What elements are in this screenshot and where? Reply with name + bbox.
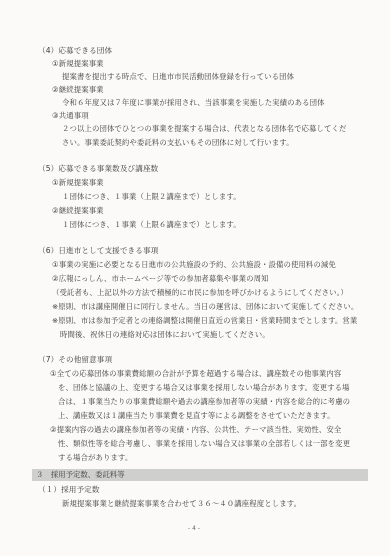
section-6-line-6: 時間後、祝休日の連絡対応は団体において実施してください。	[60, 330, 270, 340]
section-3-title-bar: ３ 採用予定数、委託料等	[32, 469, 368, 481]
section-5-item-1-text: １団体につき、１事業（上限２講座まで）とします。	[62, 192, 241, 202]
section-7-line-1: ①全ての応募団体の事業費総額の合計が予算を超過する場合は、講座数その他事業内容	[50, 369, 341, 379]
section-4-item-2-text: 令和６年度又は７年度に事業が採用され、当該事業を実施した実績のある団体	[62, 98, 325, 108]
section-4-item-3-text: ２つ以上の団体でひとつの事業を提案する場合は、代表となる団体名で応募してくだ	[62, 124, 347, 134]
document-page: （4）応募できる団体 ①新規提案事業 提案書を提出する時点で、日進市市民活動団体…	[0, 0, 390, 556]
section-3-sub-1-heading: （１）採用予定数	[38, 485, 100, 495]
section-7-line-4: 上、講座数又は１講座当たり事業費を見直す等による調整をさせていただきます。	[58, 411, 335, 421]
section-3-title: ３ 採用予定数、委託料等	[36, 470, 125, 480]
section-7-line-2: を、団体と協議の上、変更する場合又は事業を採用しない場合があります。変更する場	[58, 383, 350, 393]
section-5-item-1-label: ①新規提案事業	[52, 178, 104, 188]
section-4-heading: （4）応募できる団体	[38, 46, 112, 56]
section-6-line-5: ※原則、市は参加予定者との連絡調整は開催日直近の営業日・営業時間までとします。営…	[52, 316, 357, 326]
section-7-heading: （7）その他留意事項	[38, 355, 112, 365]
section-6-line-2: ②広報にっしん、市ホームページ等での参加者募集や事業の周知	[52, 274, 269, 284]
section-6-line-3: （受託者も、上記以外の方法で積極的に市民に参加を呼びかけるようにしてください。）	[52, 288, 348, 298]
section-4-item-1-label: ①新規提案事業	[52, 59, 104, 69]
section-5-item-2-text: １団体につき、１事業（上限６講座まで）とします。	[62, 220, 241, 230]
section-5-item-2-label: ②継続提案事業	[52, 206, 104, 216]
section-4-item-1-text: 提案書を提出する時点で、日進市市民活動団体登録を行っている団体	[62, 72, 294, 82]
section-7-line-6: 性、類似性等を総合考慮し、事業を採用しない場合又は事業の全部若しくは一部を変更	[58, 439, 350, 449]
section-5-heading: （5）応募できる事業数及び講座数	[38, 164, 158, 174]
page-number: - 4 -	[188, 525, 200, 532]
section-4-item-2-label: ②継続提案事業	[52, 85, 104, 95]
section-4-item-3-label: ③共通事項	[52, 111, 89, 121]
section-7-line-7: する場合があります。	[58, 453, 132, 463]
section-6-line-4: ※原則、市は講座開催日に同行しません。当日の運営は、団体において実施してください…	[52, 302, 358, 312]
section-4-item-3-text-cont: さい。事業委託契約や委託料の支払いもその団体に対して行います。	[62, 138, 294, 148]
section-3-sub-1-text: 新規提案事業と継続提案事業を合わせて３６～４０講座程度とします。	[62, 499, 301, 509]
section-7-line-5: ②提案内容の過去の講座参加者等の実績・内容、公共性、テーマ該当性、実効性、安全	[50, 425, 341, 435]
section-7-line-3: 合は、１事業当たりの事業費総額や過去の講座参加者等の実績・内容を総合的に考慮の	[58, 397, 350, 407]
section-6-line-1: ①事業の実施に必要となる日進市の公共施設の予約、公共施設・設備の使用料の減免	[52, 260, 336, 270]
section-6-heading: （6）日進市として支援できる事項	[38, 246, 158, 256]
